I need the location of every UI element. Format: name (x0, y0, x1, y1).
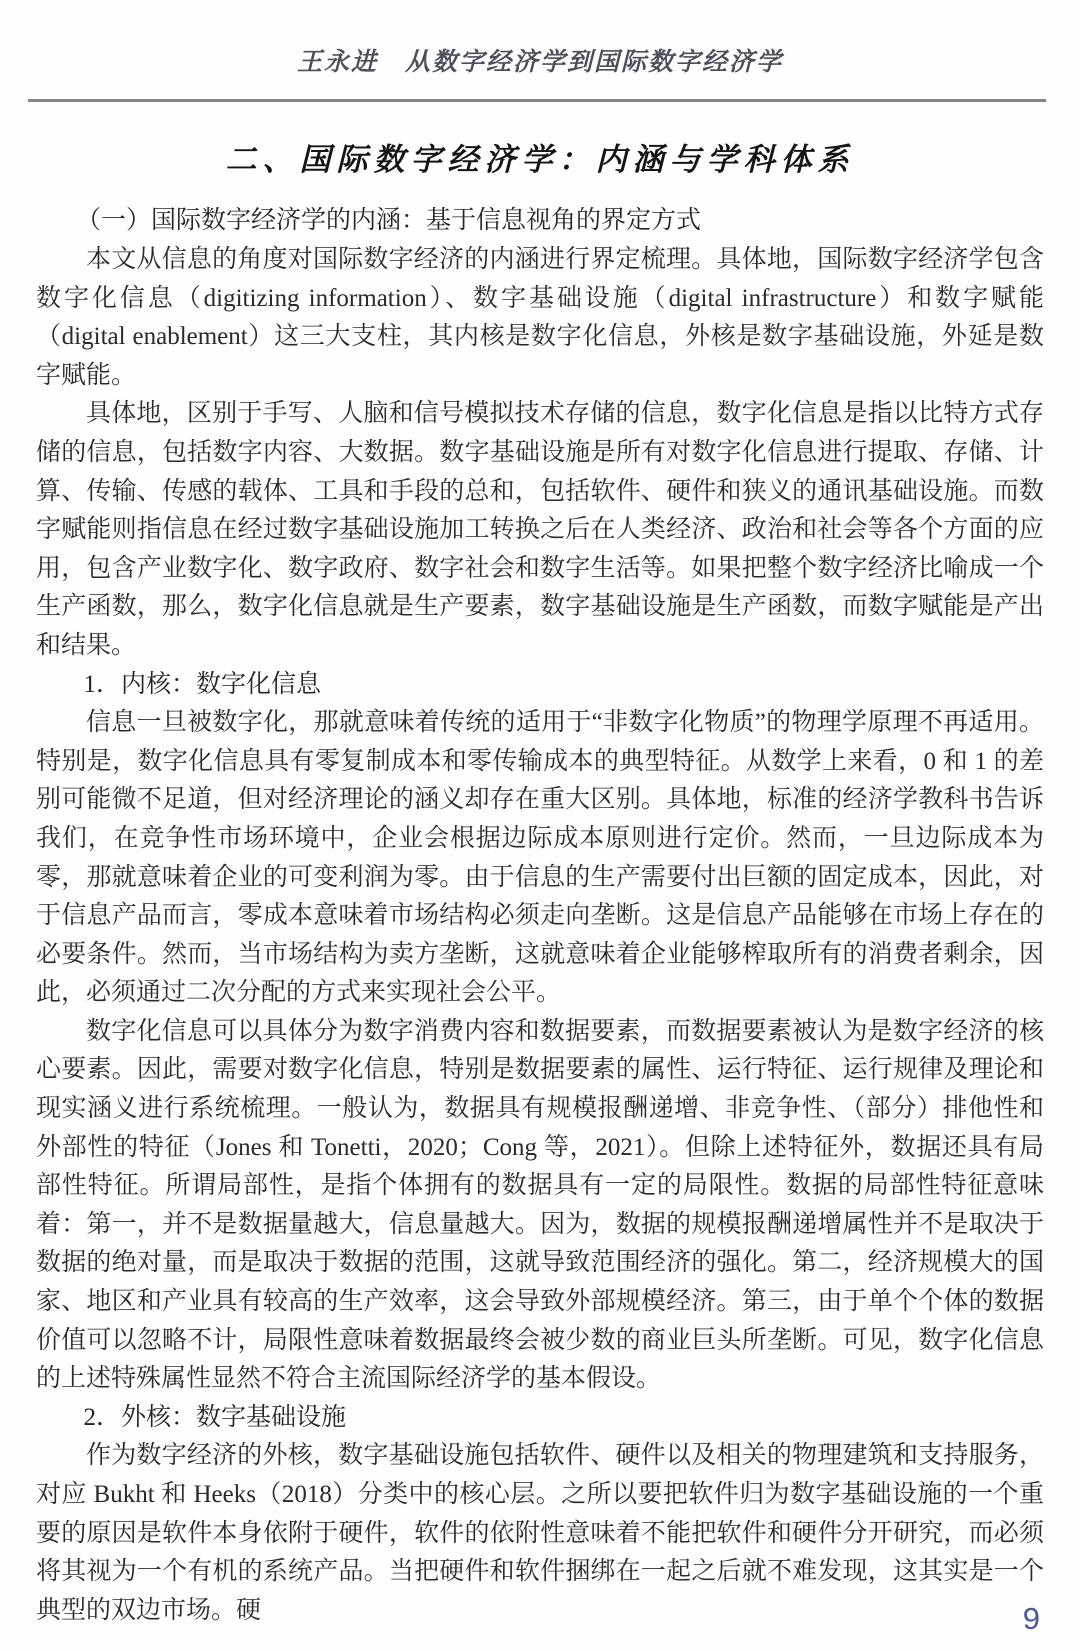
paragraph-zero-cost-properties: 信息一旦被数字化，那就意味着传统的适用于“非数字化物质”的物理学原理不再适用。特… (36, 704, 1044, 1013)
paragraph-data-element-features: 数字化信息可以具体分为数字消费内容和数据要素，而数据要素被认为是数字经济的核心要… (36, 1013, 1044, 1399)
page-number: 9 (1023, 1601, 1040, 1637)
document-page: 王永进 从数字经济学到国际数字经济学 二、国际数字经济学：内涵与学科体系 （一）… (0, 0, 1080, 1651)
header-divider (28, 99, 1046, 102)
paragraph-digital-infrastructure: 作为数字经济的外核，数字基础设施包括软件、硬件以及相关的物理建筑和支持服务，对应… (36, 1437, 1044, 1630)
subsection-heading: （一）国际数字经济学的内涵：基于信息视角的界定方式 (36, 201, 1044, 241)
heading-core-digitized-information: 1．内核：数字化信息 (36, 666, 1044, 705)
running-header: 王永进 从数字经济学到国际数字经济学 (36, 0, 1044, 78)
section-title: 二、国际数字经济学：内涵与学科体系 (36, 134, 1044, 179)
paragraph-definition-intro: 本文从信息的角度对国际数字经济的内涵进行界定梳理。具体地，国际数字经济学包含数字… (36, 241, 1044, 395)
article-body: （一）国际数字经济学的内涵：基于信息视角的界定方式 本文从信息的角度对国际数字经… (36, 201, 1044, 1630)
paragraph-three-pillars: 具体地，区别于手写、人脑和信号模拟技术存储的信息，数字化信息是指以比特方式存储的… (36, 395, 1044, 665)
heading-outer-core-digital-infrastructure: 2．外核：数字基础设施 (36, 1399, 1044, 1438)
